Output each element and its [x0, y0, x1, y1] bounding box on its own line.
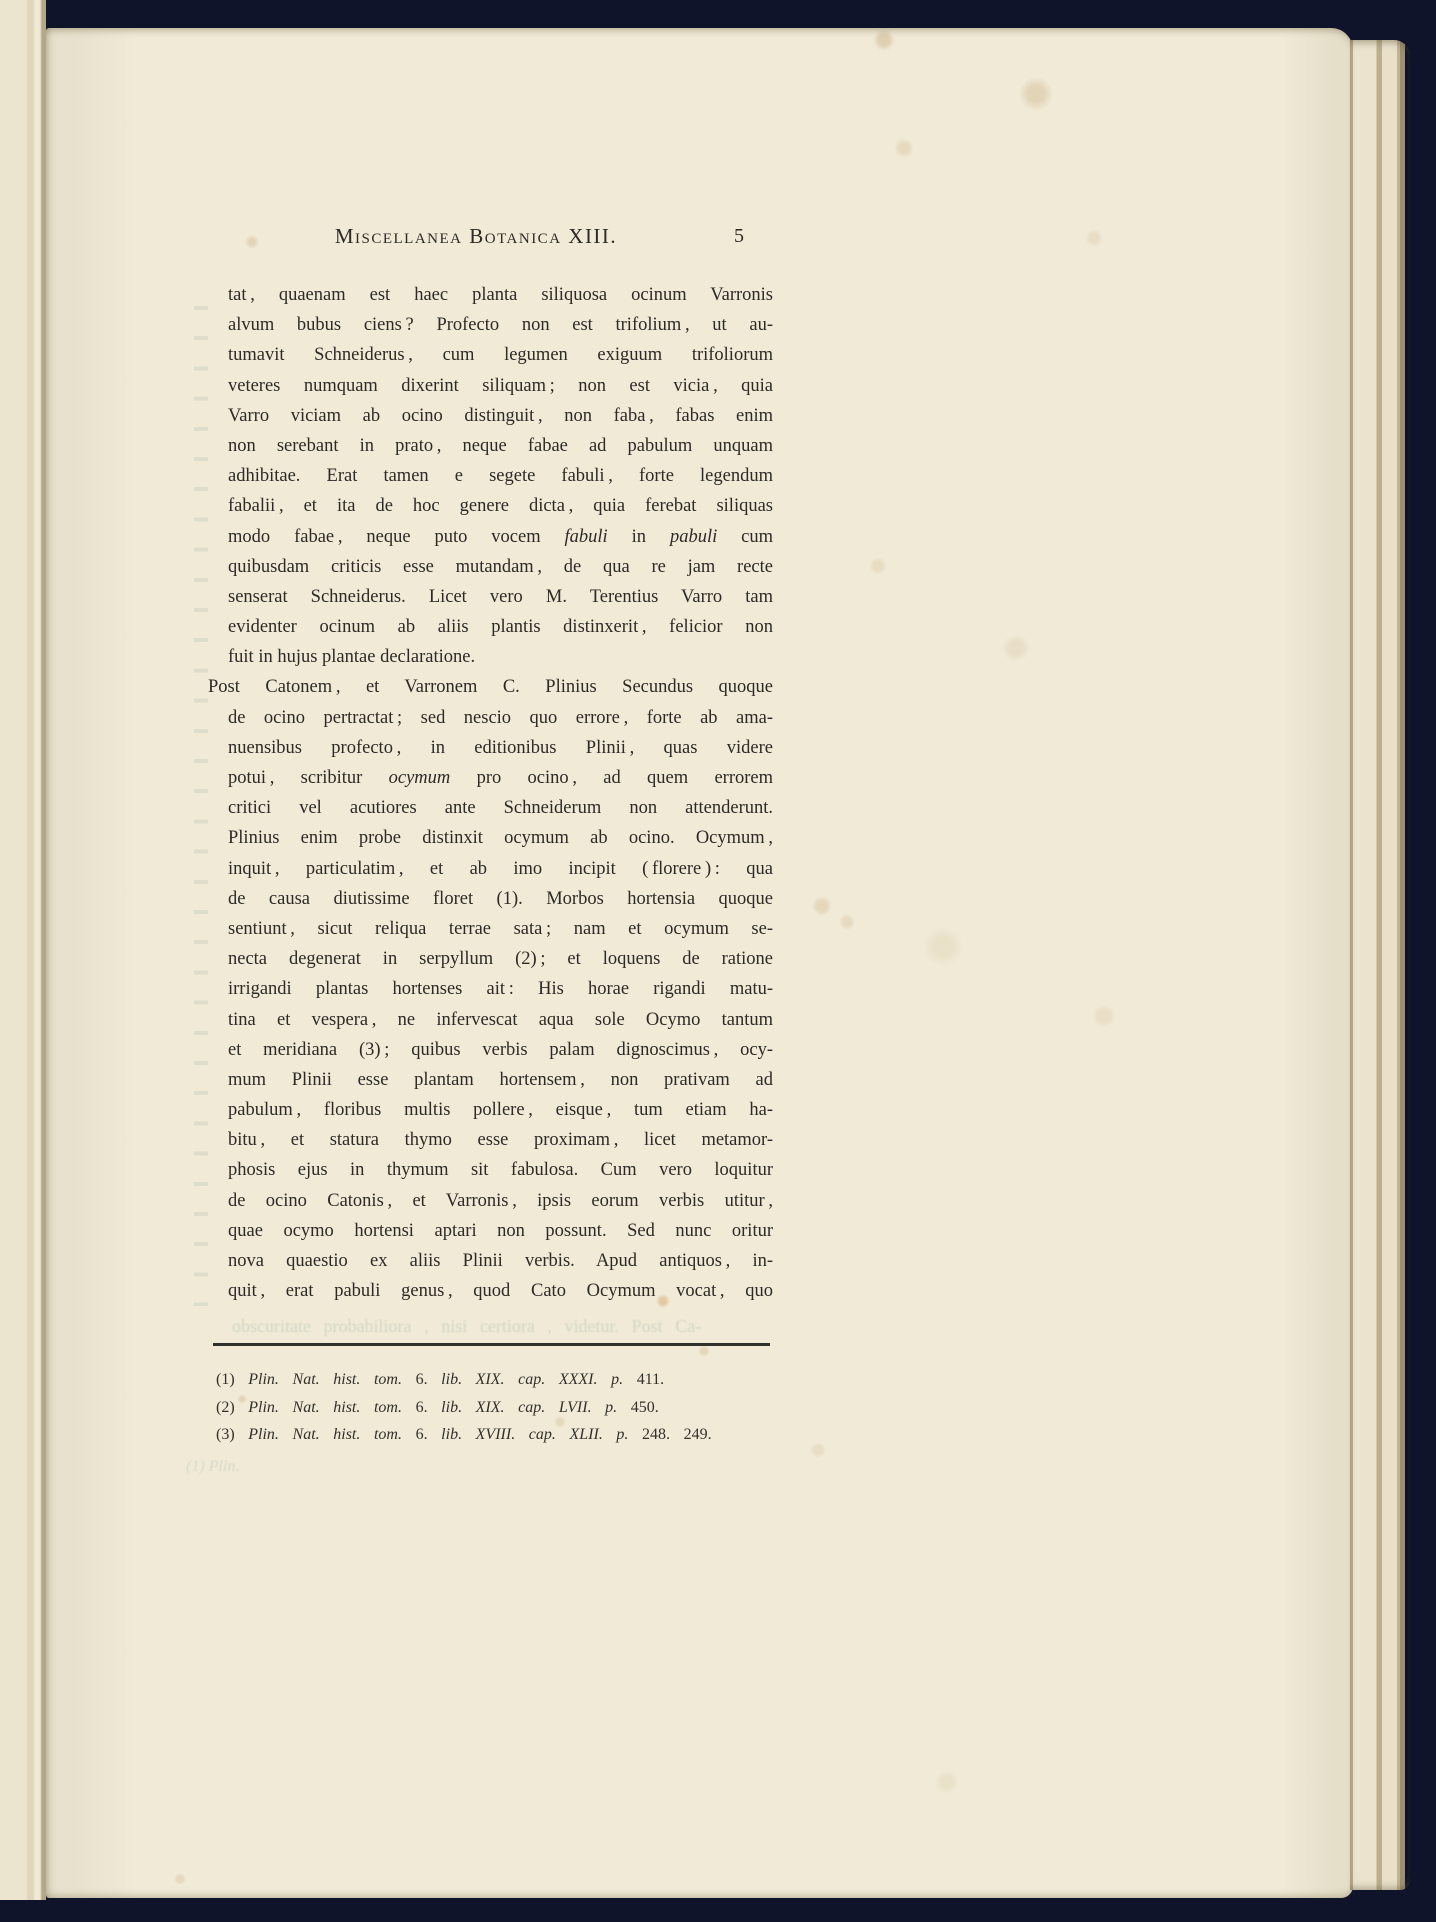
page-stack-edge: [1350, 40, 1410, 1890]
footnote-line: (1) Plin. Nat. hist. tom. 6. lib. XIX. c…: [216, 1366, 712, 1394]
body-line: quae ocymo hortensi aptari non possunt. …: [228, 1216, 773, 1246]
body-line: Post Catonem , et Varronem C. Plinius Se…: [208, 672, 773, 702]
body-line: fabalii , et ita de hoc genere dicta , q…: [228, 491, 773, 521]
body-line: nova quaestio ex aliis Plinii verbis. Ap…: [228, 1246, 773, 1276]
body-line: alvum bubus ciens ? Profecto non est tri…: [228, 310, 773, 340]
body-line: de ocino Catonis , et Varronis , ipsis e…: [228, 1186, 773, 1216]
body-line: modo fabae , neque puto vocem fabuli in …: [228, 522, 773, 552]
body-line: sentiunt , sicut reliqua terrae sata ; n…: [228, 914, 773, 944]
book-page: Miscellanea Botanica XIII. 5 tat , quaen…: [46, 28, 1353, 1898]
body-line: de ocino pertractat ; sed nescio quo err…: [228, 703, 773, 733]
body-line: Varro viciam ab ocino distinguit , non f…: [228, 401, 773, 431]
body-line: potui , scribitur ocymum pro ocino , ad …: [228, 763, 773, 793]
body-line: tina et vespera , ne infervescat aqua so…: [228, 1005, 773, 1035]
body-line: nuensibus profecto , in editionibus Plin…: [228, 733, 773, 763]
footnotes: (1) Plin. Nat. hist. tom. 6. lib. XIX. c…: [216, 1366, 712, 1449]
body-line: phosis ejus in thymum sit fabulosa. Cum …: [228, 1155, 773, 1185]
body-line: critici vel acutiores ante Schneiderum n…: [228, 793, 773, 823]
body-line: senserat Schneiderus. Licet vero M. Tere…: [228, 582, 773, 612]
body-line: necta degenerat in serpyllum (2) ; et lo…: [228, 944, 773, 974]
book-scan: Miscellanea Botanica XIII. 5 tat , quaen…: [0, 0, 1436, 1922]
body-line: mum Plinii esse plantam hortensem , non …: [228, 1065, 773, 1095]
body-text: tat , quaenam est haec planta siliquosa …: [228, 280, 773, 1306]
body-line: Plinius enim probe distinxit ocymum ab o…: [228, 823, 773, 853]
body-line: quit , erat pabuli genus , quod Cato Ocy…: [228, 1276, 773, 1306]
show-through-margin-marks: [194, 286, 208, 1306]
body-line: pabulum , floribus multis pollere , eisq…: [228, 1095, 773, 1125]
body-line: fuit in hujus plantae declaratione.: [228, 642, 773, 672]
footnote-rule: [213, 1343, 770, 1346]
running-head: Miscellanea Botanica XIII.: [246, 224, 706, 249]
adjacent-page-edge: [0, 0, 46, 1900]
body-line: adhibitae. Erat tamen e segete fabuli , …: [228, 461, 773, 491]
body-line: non serebant in prato , neque fabae ad p…: [228, 431, 773, 461]
body-line: inquit , particulatim , et ab imo incipi…: [228, 854, 773, 884]
body-line: evidenter ocinum ab aliis plantis distin…: [228, 612, 773, 642]
body-line: bitu , et statura thymo esse proximam , …: [228, 1125, 773, 1155]
show-through-text: obscuritate probabiliora , nisi certiora…: [232, 1316, 832, 1337]
body-line: irrigandi plantas hortenses ait : His ho…: [228, 974, 773, 1004]
body-line: quibusdam criticis esse mutandam , de qu…: [228, 552, 773, 582]
footnote-line: (3) Plin. Nat. hist. tom. 6. lib. XVIII.…: [216, 1421, 712, 1449]
body-line: veteres numquam dixerint siliquam ; non …: [228, 371, 773, 401]
show-through-footnote: (1) Plin.: [186, 1458, 239, 1476]
footnote-line: (2) Plin. Nat. hist. tom. 6. lib. XIX. c…: [216, 1394, 712, 1422]
body-line: de causa diutissime floret (1). Morbos h…: [228, 884, 773, 914]
body-line: tat , quaenam est haec planta siliquosa …: [228, 280, 773, 310]
page-number: 5: [734, 225, 744, 248]
body-line: et meridiana (3) ; quibus verbis palam d…: [228, 1035, 773, 1065]
body-line: tumavit Schneiderus , cum legumen exiguu…: [228, 340, 773, 370]
